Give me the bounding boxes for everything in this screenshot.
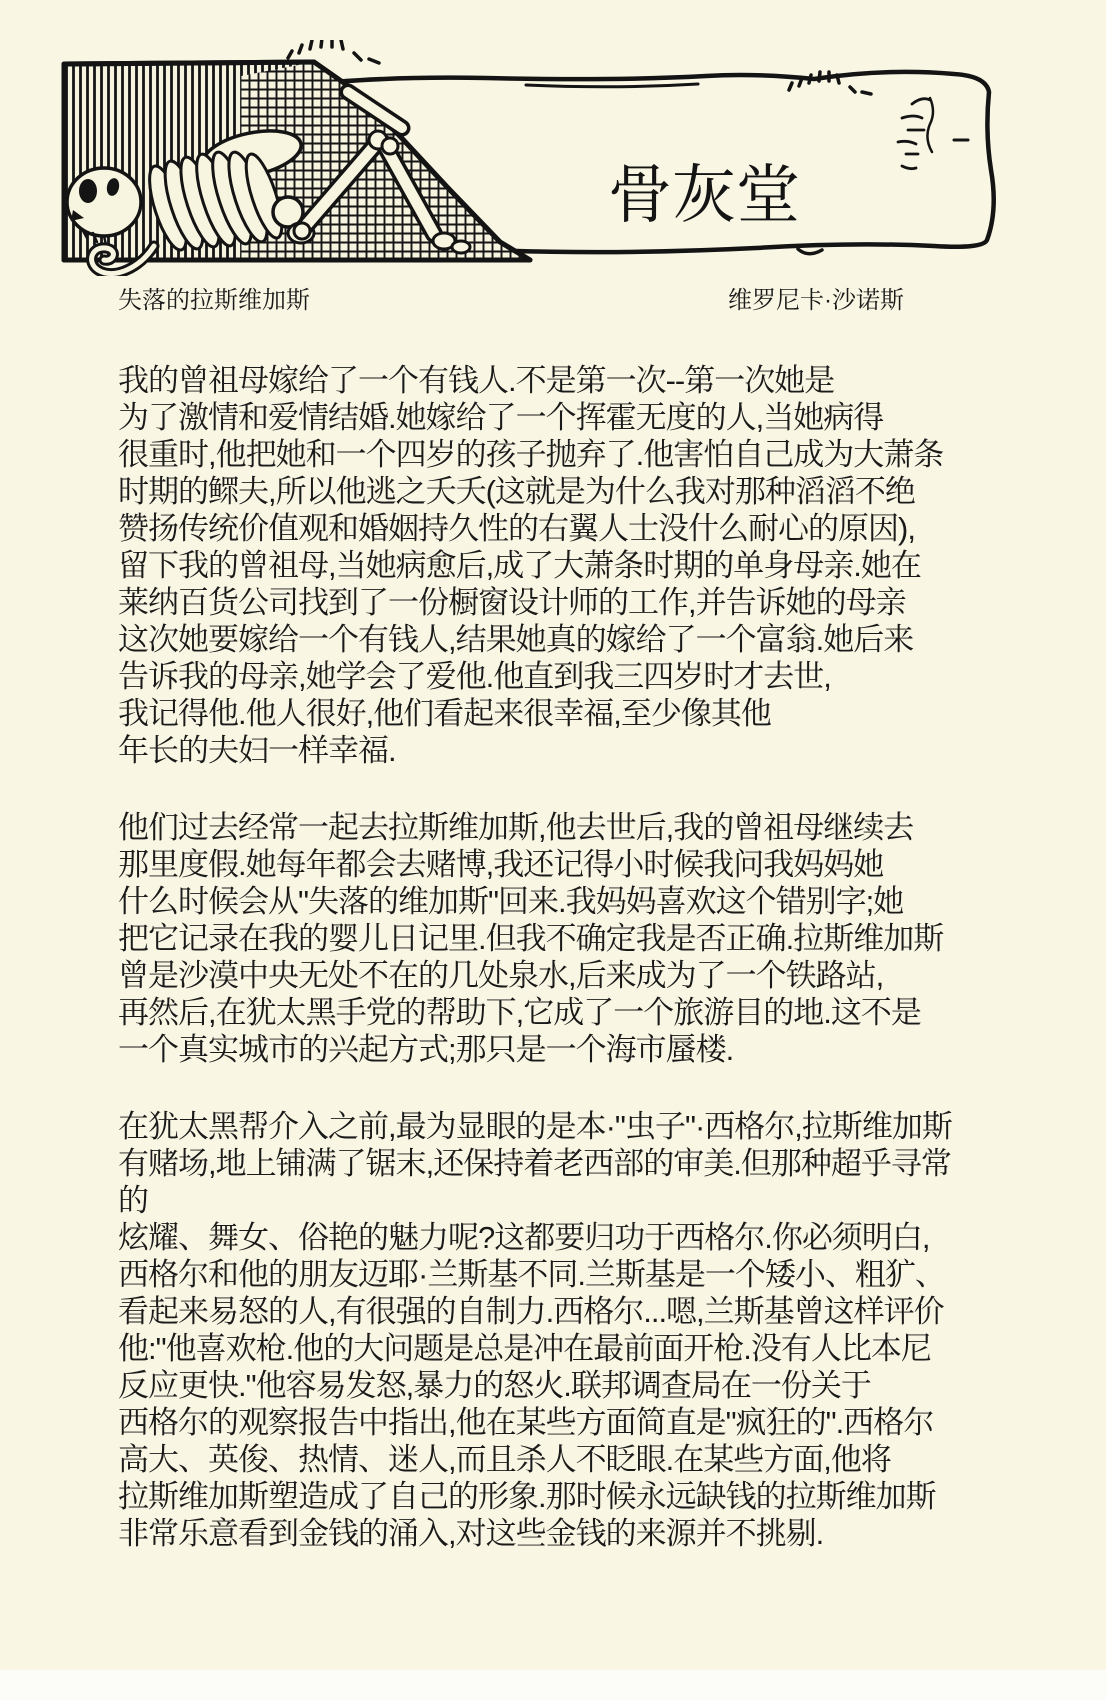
- author-byline: 维罗尼卡·沙诺斯: [728, 280, 904, 315]
- zine-page: 骨灰堂 失落的拉斯维加斯 维罗尼卡·沙诺斯 我的曾祖母嫁给了一个有钱人.不是第一…: [0, 0, 1106, 1700]
- byline-row: 失落的拉斯维加斯 维罗尼卡·沙诺斯: [118, 280, 904, 315]
- article-body: 我的曾祖母嫁给了一个有钱人.不是第一次--第一次她是 为了激情和爱情结婚.她嫁给…: [118, 362, 963, 1592]
- article-title: 失落的拉斯维加斯: [118, 280, 310, 315]
- paragraph-2: 他们过去经常一起去拉斯维加斯,他去世后,我的曾祖母继续去 那里度假.她每年都会去…: [118, 809, 963, 1068]
- footer-strip: [0, 1670, 1106, 1700]
- paragraph-3: 在犹太黑帮介入之前,最为显眼的是本·"虫子"·西格尔,拉斯维加斯 有赌场,地上铺…: [118, 1108, 963, 1552]
- banner-title: 骨灰堂: [608, 159, 800, 231]
- paragraph-1: 我的曾祖母嫁给了一个有钱人.不是第一次--第一次她是 为了激情和爱情结婚.她嫁给…: [118, 362, 963, 769]
- skeleton-woodcut-illustration: 骨灰堂: [56, 40, 1008, 276]
